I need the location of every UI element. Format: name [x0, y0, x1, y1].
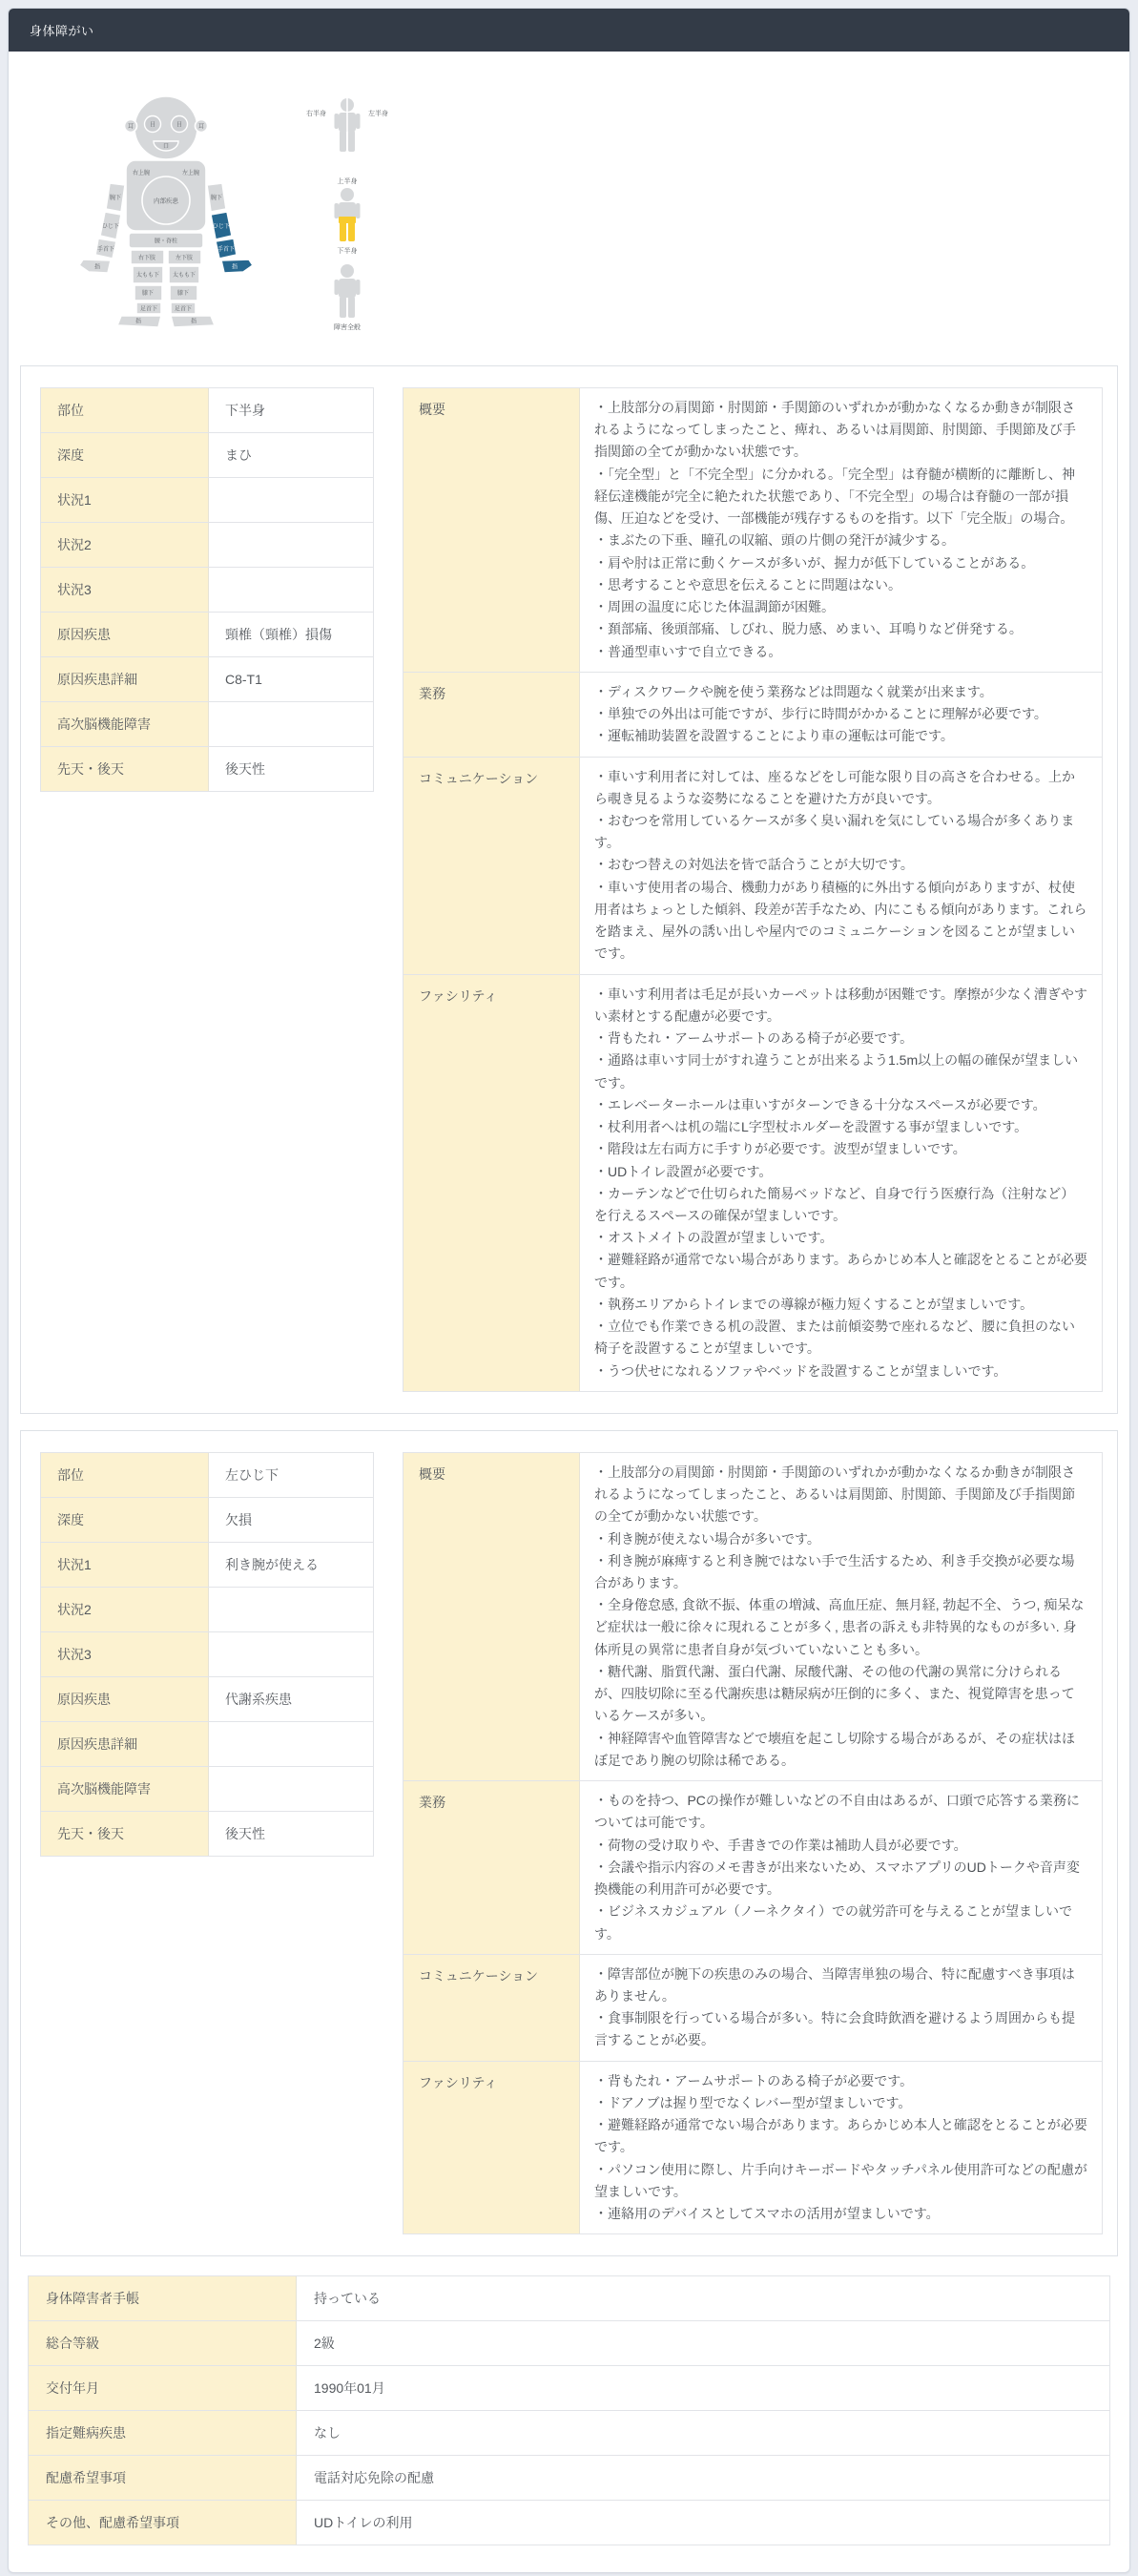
attribute-value	[209, 702, 373, 746]
detail-line: ・執務エリアからトイレまでの導線が極力短くすることが望ましいです。	[594, 1294, 1087, 1316]
attribute-label: 深度	[41, 433, 209, 477]
attribute-label: 原因疾患	[41, 1677, 209, 1721]
below-knee-right-label: 膝下	[142, 289, 154, 297]
detail-value: ・上肢部分の肩関節・肘関節・手関節のいずれかが動かなくなるか動きが制限されるよう…	[580, 1453, 1102, 1780]
attribute-value: 欠損	[209, 1498, 373, 1542]
page-title: 身体障がい	[9, 9, 1129, 52]
attribute-row: 先天・後天後天性	[41, 1812, 373, 1857]
attribute-row: 先天・後天後天性	[41, 747, 373, 792]
detail-line: ・普通型車いすで自立できる。	[594, 641, 1087, 663]
attribute-value: 利き腕が使える	[209, 1543, 373, 1587]
detail-line: ・オストメイトの設置が望ましいです。	[594, 1227, 1087, 1249]
attribute-label: 原因疾患詳細	[41, 657, 209, 701]
detail-line: ・糖代謝、脂質代謝、蛋白代謝、尿酸代謝、その他の代謝の異常に分けられるが、四肢切…	[594, 1661, 1087, 1728]
attribute-label: 状況1	[41, 478, 209, 522]
detail-line: ・障害部位が腕下の疾患のみの場合、当障害単独の場合、特に配慮すべき事項はありませ…	[594, 1963, 1087, 2007]
detail-label: 業務	[403, 1781, 580, 1954]
summary-row: 身体障害者手帳持っている	[29, 2276, 1109, 2321]
summary-row: 総合等級2級	[29, 2321, 1109, 2366]
disability-section: 部位左ひじ下深度欠損状況1利き腕が使える状況2状況3原因疾患代謝系疾患原因疾患詳…	[20, 1430, 1118, 2257]
attribute-row: 高次脳機能障害	[41, 1767, 373, 1812]
detail-line: ・肩や肘は正常に動くケースが多いが、握力が低下していることがある。	[594, 552, 1087, 574]
attribute-value: 後天性	[209, 747, 373, 791]
detail-line: ・神経障害や血管障害などで壊疽を起こし切除する場合があるが、その症状はほぼ足であ…	[594, 1728, 1087, 1772]
attribute-value	[209, 1632, 373, 1676]
detail-line: ・思考することや意思を伝えることに問題はない。	[594, 574, 1087, 596]
detail-line: ・車いす使用者の場合、機動力があり積極的に外出する傾向がありますが、杖使用者はち…	[594, 877, 1087, 966]
finger-left-label: 指	[232, 263, 238, 271]
detail-value: ・車いす利用者は毛足が長いカーペットは移動が困難です。摩擦が少なく漕ぎやすい素材…	[580, 975, 1102, 1391]
detail-row: コミュニケーション・車いす利用者に対しては、座るなどをし可能な限り目の高さを合わ…	[403, 758, 1102, 975]
summary-label: 配慮希望事項	[29, 2456, 297, 2500]
upper-arm-left-label: 左上腕	[182, 169, 199, 177]
mouth-label: 口	[163, 143, 169, 150]
detail-label: コミュニケーション	[403, 758, 580, 974]
detail-line: ・UDトイレ設置が必要です。	[594, 1161, 1087, 1183]
attribute-row: 深度まひ	[41, 433, 373, 478]
detail-line: ・単独での外出は可能ですが、歩行に時間がかかることに理解が必要です。	[594, 703, 1087, 725]
summary-label: 指定難病疾患	[29, 2411, 297, 2455]
attribute-table: 部位左ひじ下深度欠損状況1利き腕が使える状況2状況3原因疾患代謝系疾患原因疾患詳…	[40, 1452, 374, 1857]
detail-value: ・背もたれ・アームサポートのある椅子が必要です。・ドアノブは握り型でなくレバー型…	[580, 2062, 1102, 2234]
attribute-label: 部位	[41, 1453, 209, 1497]
detail-row: 業務・ものを持つ、PCの操作が難しいなどの不自由はあるが、口頭で応答する業務につ…	[403, 1781, 1102, 1955]
detail-label: 業務	[403, 673, 580, 757]
ear-right-label: 耳	[128, 123, 134, 131]
page: 身体障がい .mini { fill:#d6	[0, 0, 1138, 2573]
finger-right-label: 指	[94, 263, 100, 271]
detail-line: ・会議や指示内容のメモ書きが出来ないため、スマホアプリのUDトークや音声変換機能…	[594, 1857, 1087, 1901]
sections-container: 部位下半身深度まひ状況1状況2状況3原因疾患頸椎（頸椎）損傷原因疾患詳細C8-T…	[20, 365, 1118, 2256]
attribute-table: 部位下半身深度まひ状況1状況2状況3原因疾患頸椎（頸椎）損傷原因疾患詳細C8-T…	[40, 387, 374, 792]
attribute-row: 深度欠損	[41, 1498, 373, 1543]
attribute-row: 原因疾患代謝系疾患	[41, 1677, 373, 1722]
body-diagram: .mini { fill:#d6d8da; } 耳 耳 目 目	[66, 92, 1118, 337]
attribute-value: 後天性	[209, 1812, 373, 1856]
below-wrist-left-label: 手首下	[217, 245, 235, 253]
detail-line: ・上肢部分の肩関節・肘関節・手関節のいずれかが動かなくなるか動きが制限されるよう…	[594, 1462, 1087, 1528]
detail-row: 概要・上肢部分の肩関節・肘関節・手関節のいずれかが動かなくなるか動きが制限される…	[403, 1453, 1102, 1781]
ear-left-label: 耳	[198, 123, 204, 131]
detail-line: ・ドアノブは握り型でなくレバー型が望ましいです。	[594, 2092, 1087, 2114]
detail-line: ・ものを持つ、PCの操作が難しいなどの不自由はあるが、口頭で応答する業務について…	[594, 1790, 1087, 1834]
detail-line: ・避難経路が通常でない場合があります。あらかじめ本人と確認をとることが必要です。	[594, 2114, 1087, 2158]
lower-body-highlight	[339, 217, 356, 241]
eye-right-label: 目	[150, 121, 155, 129]
lower-limb-left-label: 左下肢	[176, 254, 193, 261]
attribute-row: 状況1利き腕が使える	[41, 1543, 373, 1588]
attribute-row: 高次脳機能障害	[41, 702, 373, 747]
below-thigh-left-label: 太もも下	[173, 271, 196, 279]
detail-line: ・ディスクワークや腕を使う業務などは問題なく就業が出来ます。	[594, 681, 1087, 703]
detail-line: ・周囲の温度に応じた体温調節が困難。	[594, 596, 1087, 618]
mini-figure-upper-lower	[335, 188, 361, 241]
attribute-label: 先天・後天	[41, 747, 209, 791]
detail-line: ・通路は車いす同士がすれ違うことが出来るよう1.5m以上の幅の確保が望ましいです…	[594, 1049, 1087, 1093]
detail-label: 概要	[403, 388, 580, 672]
disability-card: 身体障がい .mini { fill:#d6	[8, 8, 1130, 2573]
detail-value: ・障害部位が腕下の疾患のみの場合、当障害単独の場合、特に配慮すべき事項はありませ…	[580, 1955, 1102, 2061]
detail-line: ・カーテンなどで仕切られた簡易ベッドなど、自身で行う医療行為（注射など）を行える…	[594, 1183, 1087, 1227]
attribute-value: 左ひじ下	[209, 1453, 373, 1497]
summary-row: 指定難病疾患なし	[29, 2411, 1109, 2456]
left-half-label: 左半身	[368, 109, 388, 117]
body-diagram-svg: .mini { fill:#d6d8da; } 耳 耳 目 目	[66, 92, 395, 332]
attribute-label: 深度	[41, 1498, 209, 1542]
internal-organ-label: 内部疾患	[154, 197, 179, 205]
detail-line: ・車いす利用者に対しては、座るなどをし可能な限り目の高さを合わせる。上から覗き見…	[594, 766, 1087, 810]
detail-line: ・全身倦怠感, 食欲不振、体重の増減、高血圧症、無月経, 勃起不全、うつ, 痴呆…	[594, 1594, 1087, 1661]
attribute-label: 高次脳機能障害	[41, 1767, 209, 1811]
detail-label: 概要	[403, 1453, 580, 1780]
detail-line: ・頚部痛、後頭部痛、しびれ、脱力感、めまい、耳鳴りなど併発する。	[594, 618, 1087, 640]
detail-line: ・パソコン使用に際し、片手向けキーボードやタッチパネル使用許可などの配慮が望まし…	[594, 2159, 1087, 2203]
detail-line: ・荷物の受け取りや、手書きでの作業は補助人員が必要です。	[594, 1835, 1087, 1857]
attribute-row: 原因疾患詳細C8-T1	[41, 657, 373, 702]
below-arm-right-label: 腕下	[110, 194, 121, 201]
detail-line: ・避難経路が通常でない場合があります。あらかじめ本人と確認をとることが必要です。	[594, 1249, 1087, 1293]
detail-line: ・連絡用のデバイスとしてスマホの活用が望ましいです。	[594, 2203, 1087, 2225]
detail-row: ファシリティ・車いす利用者は毛足が長いカーペットは移動が困難です。摩擦が少なく漕…	[403, 975, 1102, 1392]
attribute-label: 状況3	[41, 1632, 209, 1676]
summary-label: 総合等級	[29, 2321, 297, 2365]
detail-row: 概要・上肢部分の肩関節・肘関節・手関節のいずれかが動かなくなるか動きが制限される…	[403, 388, 1102, 673]
lower-limb-right-label: 右下肢	[138, 254, 155, 261]
disability-section: 部位下半身深度まひ状況1状況2状況3原因疾患頸椎（頸椎）損傷原因疾患詳細C8-T…	[20, 365, 1118, 1414]
attribute-label: 高次脳機能障害	[41, 702, 209, 746]
attribute-value	[209, 568, 373, 612]
summary-row: 配慮希望事項電話対応免除の配慮	[29, 2456, 1109, 2501]
attribute-label: 状況2	[41, 523, 209, 567]
below-arm-left-label: 腕下	[211, 194, 222, 201]
toe-left-label: 指	[191, 318, 197, 325]
detail-table: 概要・上肢部分の肩関節・肘関節・手関節のいずれかが動かなくなるか動きが制限される…	[403, 1452, 1103, 2235]
detail-line: ・ビジネスカジュアル（ノーネクタイ）での就労許可を与えることが望ましいです。	[594, 1901, 1087, 1944]
attribute-label: 部位	[41, 388, 209, 432]
mini-figures: 右半身 左半身 上半身 下半身 障害全般	[306, 98, 388, 331]
attribute-row: 部位下半身	[41, 388, 373, 433]
detail-line: ・杖利用者へは机の端にL字型杖ホルダーを設置する事が望ましいです。	[594, 1116, 1087, 1138]
attribute-value: 頸椎（頸椎）損傷	[209, 613, 373, 656]
attribute-value: まひ	[209, 433, 373, 477]
attribute-row: 部位左ひじ下	[41, 1453, 373, 1498]
attribute-row: 状況3	[41, 568, 373, 613]
detail-line: ・運転補助装置を設置することにより車の運転は可能です。	[594, 725, 1087, 747]
detail-label: ファシリティ	[403, 975, 580, 1391]
summary-label: 交付年月	[29, 2366, 297, 2410]
attribute-label: 状況1	[41, 1543, 209, 1587]
summary-label: その他、配慮希望事項	[29, 2501, 297, 2545]
summary-value: 電話対応免除の配慮	[297, 2456, 1109, 2500]
detail-line: ・背もたれ・アームサポートのある椅子が必要です。	[594, 1028, 1087, 1049]
summary-value: なし	[297, 2411, 1109, 2455]
detail-label: コミュニケーション	[403, 1955, 580, 2061]
attribute-value	[209, 478, 373, 522]
attribute-value	[209, 1588, 373, 1631]
detail-table: 概要・上肢部分の肩関節・肘関節・手関節のいずれかが動かなくなるか動きが制限される…	[403, 387, 1103, 1392]
detail-row: ファシリティ・背もたれ・アームサポートのある椅子が必要です。・ドアノブは握り型で…	[403, 2062, 1102, 2235]
detail-value: ・上肢部分の肩関節・肘関節・手関節のいずれかが動かなくなるか動きが制限されるよう…	[580, 388, 1102, 672]
detail-line: ・立位でも作業できる机の設置、または前傾姿勢で座れるなど、腰に負担のない椅子を設…	[594, 1316, 1087, 1360]
below-elbow-right-label: ひじ下	[102, 223, 119, 230]
detail-line: ・「完全型」と「不完全型」に分かれる。「完全型」は脊髄が横断的に離断し、神経伝達…	[594, 464, 1087, 530]
detail-line: ・車いす利用者は毛足が長いカーペットは移動が困難です。摩擦が少なく漕ぎやすい素材…	[594, 984, 1087, 1028]
card-body: .mini { fill:#d6d8da; } 耳 耳 目 目	[9, 92, 1129, 2572]
attribute-value: C8-T1	[209, 657, 373, 701]
summary-label: 身体障害者手帳	[29, 2276, 297, 2320]
whole-body-label: 障害全般	[334, 322, 361, 331]
attribute-row: 状況2	[41, 523, 373, 568]
attribute-row: 状況2	[41, 1588, 373, 1632]
main-figure: 耳 耳 目 目 口 右上腕 左上腕 内部疾患	[79, 96, 253, 327]
attribute-row: 状況1	[41, 478, 373, 523]
detail-line: ・おむつ替えの対処法を皆で話合うことが大切です。	[594, 854, 1087, 876]
summary-value: 1990年01月	[297, 2366, 1109, 2410]
detail-line: ・利き腕が使えない場合が多いです。	[594, 1528, 1087, 1550]
detail-line: ・利き腕が麻痺すると利き腕ではない手で生活するため、利き手交換が必要な場合があり…	[594, 1550, 1087, 1594]
detail-line: ・上肢部分の肩関節・肘関節・手関節のいずれかが動かなくなるか動きが制限されるよう…	[594, 397, 1087, 464]
detail-line: ・うつ伏せになれるソファやベッドを設置することが望ましいです。	[594, 1361, 1087, 1382]
attribute-label: 原因疾患詳細	[41, 1722, 209, 1766]
mini-figure-whole	[335, 264, 361, 318]
detail-value: ・車いす利用者に対しては、座るなどをし可能な限り目の高さを合わせる。上から覗き見…	[580, 758, 1102, 974]
detail-line: ・おむつを常用しているケースが多く臭い漏れを気にしている場合が多くあります。	[594, 810, 1087, 854]
below-wrist-right-label: 手首下	[97, 245, 114, 253]
detail-line: ・食事制限を行っている場合が多い。特に会食時飲酒を避けるよう周囲からも提言するこ…	[594, 2007, 1087, 2051]
attribute-value: 代謝系疾患	[209, 1677, 373, 1721]
waist-spine-label: 腰・脊柱	[155, 238, 177, 245]
attribute-label: 状況3	[41, 568, 209, 612]
summary-table: 身体障害者手帳持っている総合等級2級交付年月1990年01月指定難病疾患なし配慮…	[28, 2275, 1110, 2545]
detail-line: ・エレベーターホールは車いすがターンできる十分なスペースが必要です。	[594, 1094, 1087, 1116]
attribute-label: 状況2	[41, 1588, 209, 1631]
summary-value: 持っている	[297, 2276, 1109, 2320]
attribute-value	[209, 523, 373, 567]
summary-row: 交付年月1990年01月	[29, 2366, 1109, 2411]
attribute-label: 先天・後天	[41, 1812, 209, 1856]
attribute-row: 原因疾患頸椎（頸椎）損傷	[41, 613, 373, 657]
lower-body-label: 下半身	[338, 246, 358, 255]
attribute-value	[209, 1767, 373, 1811]
summary-value: 2級	[297, 2321, 1109, 2365]
below-elbow-left-label: ひじ下	[213, 223, 230, 230]
right-half-label: 右半身	[306, 109, 326, 117]
below-knee-left-label: 膝下	[177, 289, 189, 297]
detail-line: ・背もたれ・アームサポートのある椅子が必要です。	[594, 2070, 1087, 2092]
below-ankle-left-label: 足首下	[175, 305, 192, 313]
detail-row: 業務・ディスクワークや腕を使う業務などは問題なく就業が出来ます。・単独での外出は…	[403, 673, 1102, 758]
attribute-value	[209, 1722, 373, 1766]
detail-value: ・ものを持つ、PCの操作が難しいなどの不自由はあるが、口頭で応答する業務について…	[580, 1781, 1102, 1954]
eye-left-label: 目	[176, 121, 182, 129]
attribute-row: 状況3	[41, 1632, 373, 1677]
attribute-row: 原因疾患詳細	[41, 1722, 373, 1767]
below-thigh-right-label: 太もも下	[136, 271, 159, 279]
toe-right-label: 指	[135, 318, 141, 325]
attribute-label: 原因疾患	[41, 613, 209, 656]
detail-label: ファシリティ	[403, 2062, 580, 2234]
detail-line: ・まぶたの下垂、瞳孔の収縮、頭の片側の発汗が減少する。	[594, 530, 1087, 551]
upper-arm-right-label: 右上腕	[133, 169, 150, 177]
attribute-value: 下半身	[209, 388, 373, 432]
summary-value: UDトイレの利用	[297, 2501, 1109, 2545]
detail-line: ・階段は左右両方に手すりが必要です。波型が望ましいです。	[594, 1138, 1087, 1160]
upper-body-label: 上半身	[338, 177, 358, 185]
summary-row: その他、配慮希望事項UDトイレの利用	[29, 2501, 1109, 2545]
detail-row: コミュニケーション・障害部位が腕下の疾患のみの場合、当障害単独の場合、特に配慮す…	[403, 1955, 1102, 2062]
below-ankle-right-label: 足首下	[140, 305, 157, 313]
detail-value: ・ディスクワークや腕を使う業務などは問題なく就業が出来ます。・単独での外出は可能…	[580, 673, 1102, 757]
